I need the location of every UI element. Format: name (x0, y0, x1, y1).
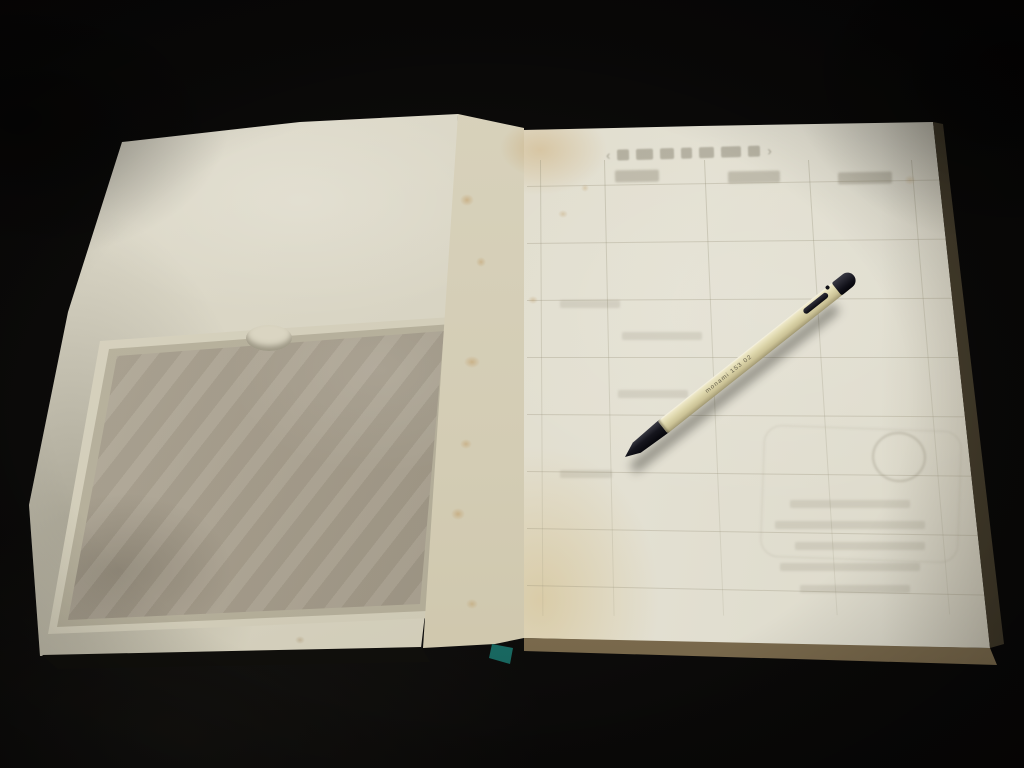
foxing-spots (0, 0, 1024, 768)
photo-open-book-with-pen: ‹ › (0, 0, 1024, 768)
